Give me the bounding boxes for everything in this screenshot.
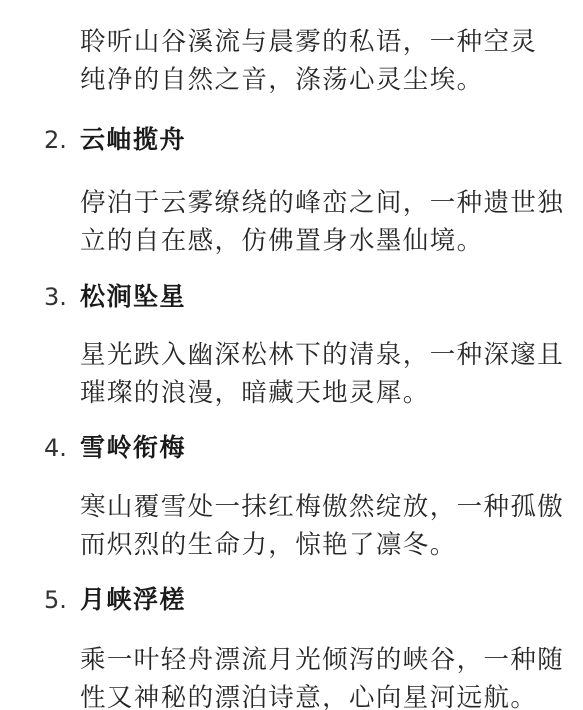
description-line: 聆听山谷溪流与晨雾的私语，一种空灵 xyxy=(80,23,583,61)
item-3-description: 星光跌入幽深松林下的清泉，一种深邃且 璀璨的浪漫，暗藏天地灵犀。 xyxy=(80,336,583,412)
item-number: 2. xyxy=(44,123,80,157)
item-number: 5. xyxy=(44,583,80,617)
description-line: 星光跌入幽深松林下的清泉，一种深邃且 xyxy=(80,336,583,374)
document-page: 聆听山谷溪流与晨雾的私语，一种空灵 纯净的自然之音，涤荡心灵尘埃。 2.云岫揽舟… xyxy=(0,0,583,710)
item-title: 月峡浮槎 xyxy=(80,585,186,614)
description-line: 璀璨的浪漫，暗藏天地灵犀。 xyxy=(80,374,583,412)
description-line: 乘一叶轻舟漂流月光倾泻的峡谷，一种随 xyxy=(80,641,583,679)
item-2-description: 停泊于云雾缭绕的峰峦之间，一种遗世独 立的自在感，仿佛置身水墨仙境。 xyxy=(80,184,583,260)
item-title: 云岫揽舟 xyxy=(80,125,186,154)
item-title: 雪岭衔梅 xyxy=(80,433,186,462)
item-number: 3. xyxy=(44,280,80,314)
item-5-description: 乘一叶轻舟漂流月光倾泻的峡谷，一种随 性又神秘的漂泊诗意，心向星河远航。 xyxy=(80,641,583,710)
description-line: 停泊于云雾缭绕的峰峦之间，一种遗世独 xyxy=(80,184,583,222)
description-line: 寒山覆雪处一抹红梅傲然绽放，一种孤傲 xyxy=(80,488,583,526)
description-line: 纯净的自然之音，涤荡心灵尘埃。 xyxy=(80,61,583,99)
item-1-description: 聆听山谷溪流与晨雾的私语，一种空灵 纯净的自然之音，涤荡心灵尘埃。 xyxy=(80,23,583,99)
description-line: 性又神秘的漂泊诗意，心向星河远航。 xyxy=(80,679,583,710)
item-5-heading: 5.月峡浮槎 xyxy=(44,583,186,617)
item-4-description: 寒山覆雪处一抹红梅傲然绽放，一种孤傲 而炽烈的生命力，惊艳了凛冬。 xyxy=(80,488,583,564)
item-4-heading: 4.雪岭衔梅 xyxy=(44,431,186,465)
description-line: 立的自在感，仿佛置身水墨仙境。 xyxy=(80,222,583,260)
description-line: 而炽烈的生命力，惊艳了凛冬。 xyxy=(80,526,583,564)
item-title: 松涧坠星 xyxy=(80,282,186,311)
item-2-heading: 2.云岫揽舟 xyxy=(44,123,186,157)
item-3-heading: 3.松涧坠星 xyxy=(44,280,186,314)
item-number: 4. xyxy=(44,431,80,465)
